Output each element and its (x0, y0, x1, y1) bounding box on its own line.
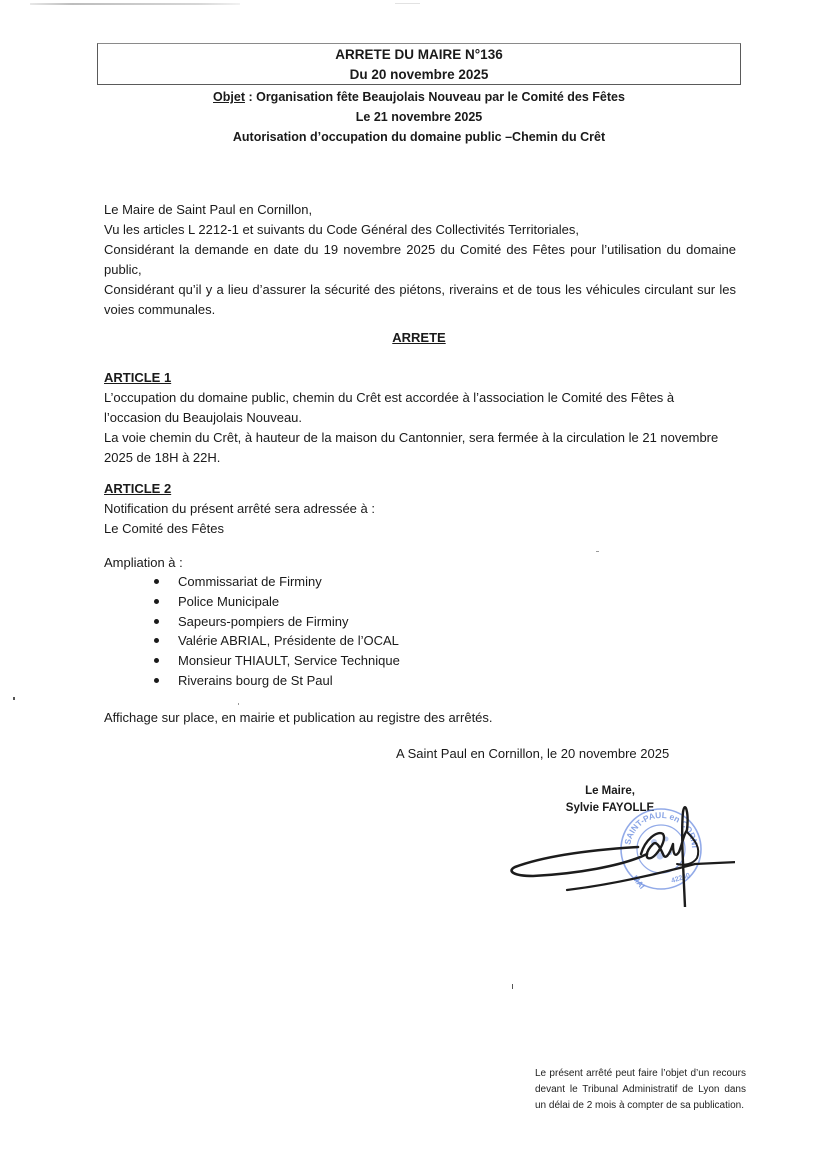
bullet-icon (154, 619, 159, 624)
scan-speck (596, 551, 599, 552)
scan-speck (13, 697, 15, 700)
bullet-icon (154, 579, 159, 584)
preamble-safety: Considérant qu’il y a lieu d’assurer la … (104, 280, 736, 320)
article-2-line-1: Notification du présent arrêté sera adre… (104, 499, 736, 519)
article-2-title: ARTICLE 2 (104, 479, 736, 499)
decision-heading: ARRETE (97, 330, 741, 345)
preamble: Le Maire de Saint Paul en Cornillon, Vu … (104, 200, 736, 320)
bullet-icon (154, 638, 159, 643)
article-1-para-1: L’occupation du domaine public, chemin d… (104, 388, 719, 428)
scan-speck (512, 984, 513, 989)
scan-artifact-line (395, 3, 420, 4)
preamble-request: Considérant la demande en date du 19 nov… (104, 240, 736, 280)
publication-note: Affichage sur place, en mairie et public… (104, 708, 736, 728)
list-item: Police Municipale (150, 592, 400, 612)
subject-line-3: Autorisation d’occupation du domaine pub… (97, 127, 741, 147)
scan-artifact-line (30, 3, 240, 5)
ampliation-list: Commissariat de Firminy Police Municipal… (150, 572, 400, 691)
decree-date: Du 20 novembre 2025 (98, 65, 740, 85)
article-2: ARTICLE 2 Notification du présent arrêté… (104, 479, 736, 539)
decree-title: ARRETE DU MAIRE N°136 (98, 45, 740, 65)
preamble-mayor: Le Maire de Saint Paul en Cornillon, (104, 200, 736, 220)
article-1-title: ARTICLE 1 (104, 368, 736, 388)
list-item: Commissariat de Firminy (150, 572, 400, 592)
subject-separator: : (245, 90, 256, 104)
subject-line-2: Le 21 novembre 2025 (97, 107, 741, 127)
scan-speck (238, 703, 239, 705)
subject-label: Objet (213, 90, 245, 104)
list-item: Valérie ABRIAL, Présidente de l’OCAL (150, 631, 400, 651)
preamble-legal-basis: Vu les articles L 2212-1 et suivants du … (104, 220, 736, 240)
subject-text: Organisation fête Beaujolais Nouveau par… (256, 90, 625, 104)
signoff-place-date: A Saint Paul en Cornillon, le 20 novembr… (396, 746, 669, 761)
list-item: Riverains bourg de St Paul (150, 671, 400, 691)
subject-line-1: Objet : Organisation fête Beaujolais Nou… (97, 87, 741, 107)
article-1-para-2: La voie chemin du Crêt, à hauteur de la … (104, 428, 719, 468)
list-item: Monsieur THIAULT, Service Technique (150, 651, 400, 671)
bullet-icon (154, 599, 159, 604)
ampliation-label: Ampliation à : (104, 553, 736, 573)
decree-subject: Objet : Organisation fête Beaujolais Nou… (97, 87, 741, 147)
article-1: ARTICLE 1 L’occupation du domaine public… (104, 368, 736, 468)
decree-title-box: ARRETE DU MAIRE N°136 Du 20 novembre 202… (97, 43, 741, 85)
bullet-icon (154, 658, 159, 663)
appeal-notice: Le présent arrêté peut faire l’objet d’u… (535, 1066, 746, 1114)
bullet-icon (154, 678, 159, 683)
list-item: Sapeurs-pompiers de Firminy (150, 612, 400, 632)
signature-icon (505, 792, 735, 907)
article-2-line-2: Le Comité des Fêtes (104, 519, 736, 539)
